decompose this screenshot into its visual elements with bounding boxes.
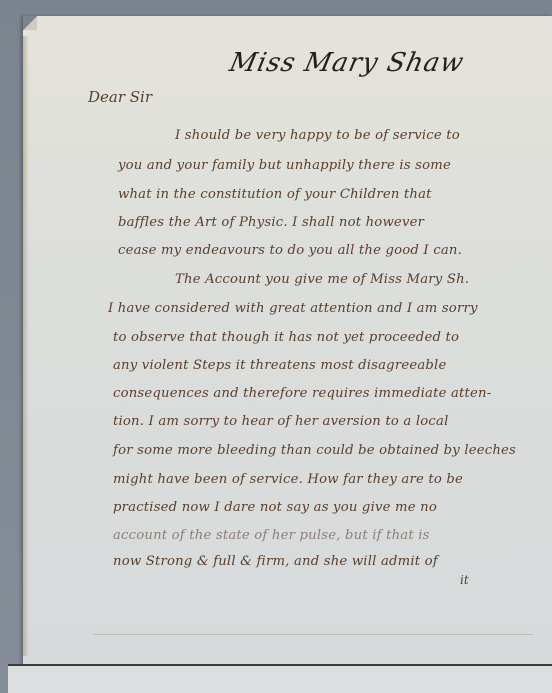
letter-line: consequences and therefore requires imme…: [113, 386, 491, 401]
letter-line: practised now I dare not say as you give…: [113, 500, 437, 515]
recipient-heading: Miss Mary Shaw: [227, 48, 467, 78]
letter-line: now Strong & full & firm, and she will a…: [113, 554, 438, 569]
letter-line: tion. I am sorry to hear of her aversion…: [113, 414, 448, 429]
letter-line: might have been of service. How far they…: [113, 472, 463, 487]
letter-line: baffles the Art of Physic. I shall not h…: [118, 215, 424, 230]
letter-line: to observe that though it has not yet pr…: [113, 330, 459, 345]
salutation: Dear Sir: [88, 88, 152, 106]
letter-line: any violent Steps it threatens most disa…: [113, 358, 446, 373]
letter-line: I have considered with great attention a…: [108, 301, 478, 316]
catchword: it: [460, 573, 469, 587]
letter-line: cease my endeavours to do you all the go…: [118, 243, 462, 258]
underlying-page-edge: [8, 664, 552, 693]
paper-fold-line: [93, 634, 533, 635]
letter-line: for some more bleeding than could be obt…: [113, 443, 516, 458]
letter-line: you and your family but unhappily there …: [118, 158, 451, 173]
letter-line: what in the constitution of your Childre…: [118, 187, 432, 202]
letter-line: I should be very happy to be of service …: [175, 128, 460, 143]
letter-line: account of the state of her pulse, but i…: [113, 528, 430, 543]
letter-line: The Account you give me of Miss Mary Sh.: [175, 272, 469, 287]
